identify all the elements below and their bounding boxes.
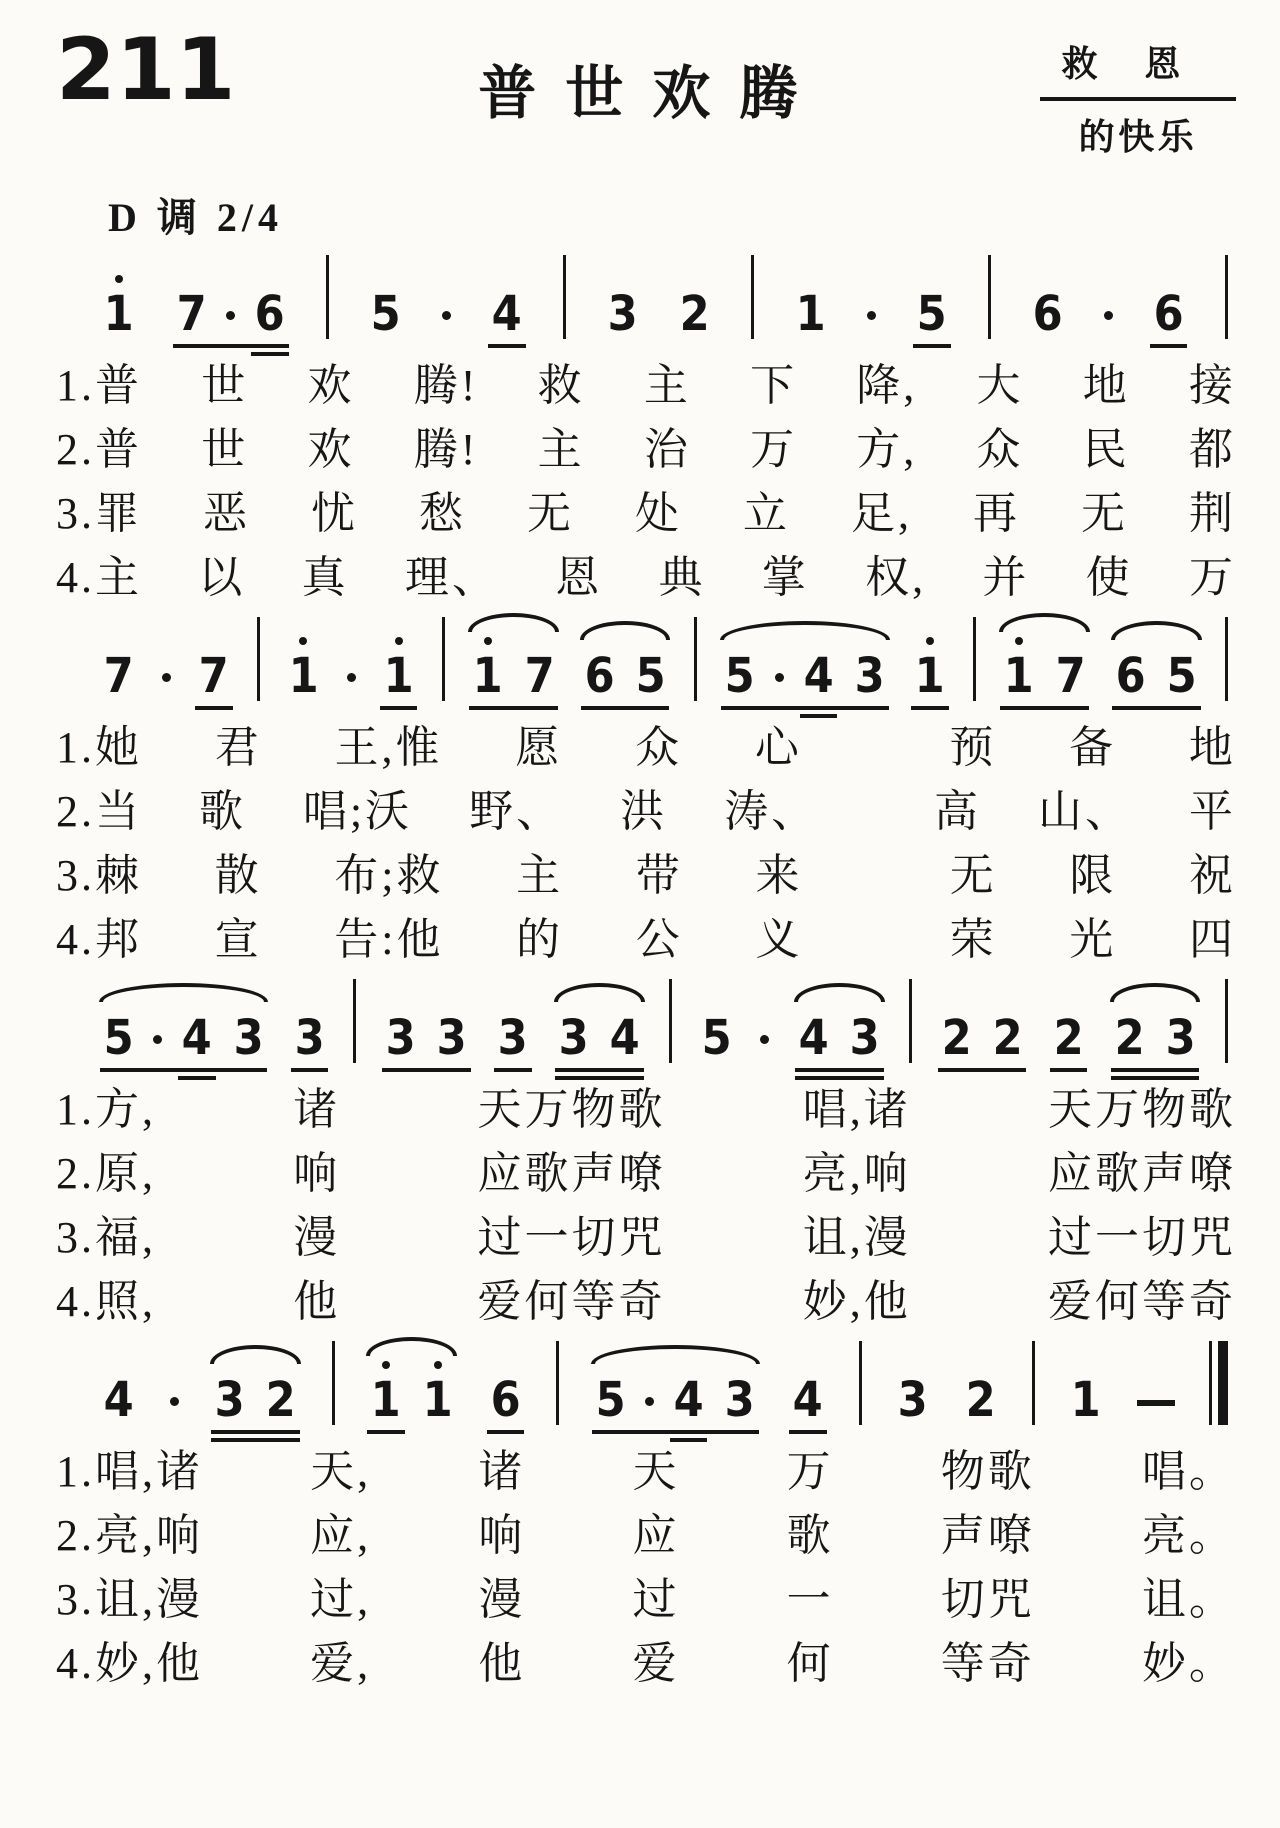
lyric-syllable: 义 — [755, 913, 802, 967]
score: 176543215661.普世欢腾!救主下降,大地接2.普世欢腾!主治万方,众民… — [56, 285, 1236, 1691]
lyric-syllable: 宣 — [215, 913, 262, 967]
note: 1 — [287, 651, 320, 701]
lyric-syllable: 唱;沃 — [303, 785, 412, 839]
lyric-syllable: 降, — [856, 359, 917, 413]
note: 5 — [369, 289, 402, 339]
slur-arc — [210, 1345, 301, 1364]
note: 4 — [791, 1375, 824, 1425]
lyric-syllable: 漫 — [478, 1573, 525, 1627]
slur-arc — [366, 1337, 457, 1356]
note-digit: 2 — [680, 289, 710, 339]
note-group: 543 — [594, 1375, 757, 1425]
music-system-2: 77111765543117651.她君王,惟愿众心预备地2.当歌唱;沃野、洪涛… — [56, 647, 1236, 967]
note: 6 — [489, 1375, 522, 1425]
lyric-syllable: 都 — [1189, 423, 1236, 477]
note-group: 43 — [797, 1013, 882, 1063]
lyric-syllable: 使 — [1086, 551, 1133, 605]
note-digit: 1 — [915, 651, 945, 701]
beam-line — [211, 1438, 300, 1442]
note: 3 — [853, 651, 886, 701]
barline — [1225, 979, 1228, 1063]
category-bottom: 的快乐 — [1040, 101, 1236, 160]
note: 1 — [913, 651, 946, 701]
note-digit: 5 — [104, 1013, 134, 1063]
lyric-syllable: 天 — [632, 1445, 679, 1499]
lyric-syllable: 诅。 — [1142, 1573, 1236, 1627]
note-group: 11 — [369, 1375, 454, 1425]
beam-line — [1111, 1076, 1200, 1080]
note: 3 — [606, 289, 639, 339]
slur-arc — [1111, 621, 1202, 640]
note-group: 32 — [213, 1375, 298, 1425]
note-digit: 5 — [636, 651, 666, 701]
hymn-number: 211 — [56, 30, 236, 112]
underline — [1150, 344, 1187, 348]
lyric-syllable: 2.原, — [56, 1147, 156, 1201]
note-group: 17 — [471, 651, 556, 701]
lyric-syllable: 过 — [632, 1573, 679, 1627]
lyric-syllable: 爱, — [310, 1637, 371, 1691]
note: 7 — [102, 651, 135, 701]
note: 3 — [896, 1375, 929, 1425]
note: 2 — [1113, 1013, 1146, 1063]
note-group: 22 — [940, 1013, 1025, 1063]
lyric-syllable: 腾! — [414, 359, 479, 413]
note: 7 — [1054, 651, 1087, 701]
octave-dot — [434, 1361, 442, 1369]
note-digit: 4 — [182, 1013, 212, 1063]
lyric-syllable: 备 — [1069, 721, 1116, 775]
note: 6 — [253, 289, 286, 339]
underline — [367, 1430, 404, 1434]
note-digit: 2 — [1053, 1013, 1083, 1063]
note-digit: 5 — [1167, 651, 1197, 701]
lyric-syllable: 平 — [1189, 785, 1236, 839]
lyric-syllable: 他 — [293, 1275, 340, 1329]
slur-arc — [999, 613, 1090, 632]
lyric-syllable: 恶 — [203, 487, 250, 541]
lyric-syllable: 亮。 — [1142, 1509, 1236, 1563]
lyric-syllable: 一 — [787, 1573, 834, 1627]
lyric-syllable: 告:他 — [334, 913, 443, 967]
lyric-syllable: 唱,诸 — [803, 1083, 911, 1137]
beam-line — [938, 1068, 1027, 1072]
note-digit: 3 — [850, 1013, 880, 1063]
lyric-syllable: 众 — [977, 423, 1024, 477]
note: 5 — [102, 1013, 135, 1063]
underline — [911, 706, 948, 710]
lyric-syllable: 接 — [1189, 359, 1236, 413]
note: 5 — [1165, 651, 1198, 701]
augmentation-dot — [1104, 311, 1113, 320]
barline — [859, 1341, 862, 1425]
note-digit: 3 — [607, 289, 637, 339]
lyric-line-verse-3: 3.诅,漫过,漫过一切咒诅。 — [56, 1573, 1236, 1627]
lyric-syllable: 过一切咒 — [478, 1211, 666, 1265]
lyric-syllable: 亮,响 — [803, 1147, 911, 1201]
note: 1 — [421, 1375, 454, 1425]
lyric-line-verse-4: 4.照,他爱何等奇妙,他爱何等奇 — [56, 1275, 1236, 1329]
note-digit: 4 — [803, 651, 833, 701]
final-barline-thin — [1209, 1341, 1212, 1425]
note-digit: 5 — [595, 1375, 625, 1425]
key-signature: D 调 2/4 — [108, 186, 1236, 243]
lyric-syllable: 4.照, — [56, 1275, 156, 1329]
note-digit: 3 — [559, 1013, 589, 1063]
note-group: 34 — [557, 1013, 642, 1063]
lyric-line-verse-1: 1.方,诸天万物歌唱,诸天万物歌 — [56, 1083, 1236, 1137]
lyric-syllable: 荆 — [1189, 487, 1236, 541]
final-barline-thick — [1218, 1341, 1228, 1425]
lyric-syllable: 4.妙,他 — [56, 1637, 203, 1691]
note: 5 — [700, 1013, 733, 1063]
lyric-syllable: 过一切咒 — [1048, 1211, 1236, 1265]
lyric-syllable: 应歌声嘹 — [478, 1147, 666, 1201]
lyric-syllable: 何 — [787, 1637, 834, 1691]
lyric-syllable: 忧 — [311, 487, 358, 541]
lyric-line-verse-1: 1.她君王,惟愿众心预备地 — [56, 721, 1236, 775]
lyric-syllable: 再 — [973, 487, 1020, 541]
note-digit: 3 — [498, 1013, 528, 1063]
lyric-syllable: 权, — [865, 551, 926, 605]
note: 2 — [940, 1013, 973, 1063]
note: 6 — [1114, 651, 1147, 701]
lyric-syllable: 4.邦 — [56, 913, 142, 967]
lyric-syllable: 1.普 — [56, 359, 142, 413]
lyric-syllable: 世 — [201, 423, 248, 477]
note: 3 — [293, 1013, 326, 1063]
lyric-syllable: 1.方, — [56, 1083, 156, 1137]
lyric-syllable: 应歌声嘹 — [1048, 1147, 1236, 1201]
note: 4 — [797, 1013, 830, 1063]
category-label: 救恩 的快乐 — [1040, 30, 1236, 160]
lyric-syllable: 欢 — [307, 359, 354, 413]
augmentation-dot — [162, 673, 171, 682]
note-digit: 3 — [437, 1013, 467, 1063]
lyric-syllable: 以 — [198, 551, 245, 605]
notation-line: 17654321566 — [102, 285, 1228, 339]
beam-line — [173, 344, 289, 348]
note-digit: 4 — [674, 1375, 704, 1425]
note: 5 — [915, 289, 948, 339]
lyric-line-verse-2: 2.普世欢腾!主治万方,众民都 — [56, 423, 1236, 477]
lyric-syllable: 世 — [201, 359, 248, 413]
note: 7 — [523, 651, 556, 701]
note: 2 — [678, 289, 711, 339]
lyric-syllable: 足, — [851, 487, 912, 541]
music-system-3: 543333334543222231.方,诸天万物歌唱,诸天万物歌2.原,响应歌… — [56, 1009, 1236, 1329]
lyric-syllable: 无 — [527, 487, 574, 541]
slur-arc — [794, 983, 885, 1002]
lyric-syllable: 天万物歌 — [1048, 1083, 1236, 1137]
lyric-syllable: 2.亮,响 — [56, 1509, 203, 1563]
note-digit: 4 — [104, 1375, 134, 1425]
lyric-syllable: 祝 — [1189, 849, 1236, 903]
augmentation-dot — [153, 1035, 162, 1044]
underline — [488, 344, 525, 348]
barline — [669, 979, 672, 1063]
note: 4 — [102, 1375, 135, 1425]
lyric-syllable: 唱。 — [1142, 1445, 1236, 1499]
lyric-syllable: 真 — [302, 551, 349, 605]
lyric-syllable: 天万物歌 — [478, 1083, 666, 1137]
lyric-syllable: 洪 — [620, 785, 667, 839]
lyric-syllable: 天, — [310, 1445, 371, 1499]
lyric-syllable: 爱何等奇 — [1048, 1275, 1236, 1329]
lyric-syllable: 山、 — [1038, 785, 1132, 839]
lyric-syllable: 愁 — [419, 487, 466, 541]
beam-line — [382, 1068, 471, 1072]
barline — [332, 1341, 335, 1425]
beam-line — [1111, 1068, 1200, 1072]
beam-line — [1112, 706, 1201, 710]
note-digit: 5 — [370, 289, 400, 339]
lyric-syllable: 应, — [310, 1509, 371, 1563]
underline — [487, 1430, 524, 1434]
barline — [751, 255, 754, 339]
lyric-syllable: 来 — [755, 849, 802, 903]
barline — [988, 255, 991, 339]
note: 6 — [1152, 289, 1185, 339]
note-digit: 2 — [1114, 1013, 1144, 1063]
underline — [291, 1068, 328, 1072]
note: 7 — [175, 289, 208, 339]
lyric-line-verse-2: 2.当歌唱;沃野、洪涛、高山、平 — [56, 785, 1236, 839]
note-digit: 3 — [386, 1013, 416, 1063]
note-digit: 3 — [294, 1013, 324, 1063]
lyric-syllable: 大 — [977, 359, 1024, 413]
underline — [913, 344, 950, 348]
note: 1 — [471, 651, 504, 701]
lyric-syllable: 等奇 — [941, 1637, 1035, 1691]
lyric-syllable: 2.普 — [56, 423, 142, 477]
underline — [380, 706, 417, 710]
slur-arc — [554, 983, 645, 1002]
note-group: 76 — [175, 289, 287, 339]
beam-line — [795, 1076, 884, 1080]
lyric-syllable: 万 — [750, 423, 797, 477]
augmentation-dot — [442, 311, 451, 320]
lyric-syllable: 心 — [755, 721, 802, 775]
note: 3 — [384, 1013, 417, 1063]
augmentation-dot — [226, 311, 235, 320]
lyric-syllable: 布;救 — [334, 849, 443, 903]
hymn-title: 普世欢腾 — [236, 30, 1040, 130]
note-digit: 1 — [1071, 1375, 1101, 1425]
note: 5 — [594, 1375, 627, 1425]
augmentation-dot — [760, 1035, 769, 1044]
lyric-syllable: 地 — [1083, 359, 1130, 413]
lyric-syllable: 3.棘 — [56, 849, 142, 903]
lyric-syllable: 限 — [1069, 849, 1116, 903]
category-top: 救恩 — [1040, 36, 1236, 101]
lyric-syllable: 典 — [658, 551, 705, 605]
slur-arc — [591, 1345, 760, 1364]
note: 4 — [802, 651, 835, 701]
beam-line — [555, 1076, 644, 1080]
lyric-line-verse-2: 2.亮,响应,响应歌声嘹亮。 — [56, 1509, 1236, 1563]
note: 1 — [102, 289, 135, 339]
lyric-syllable: 3.福, — [56, 1211, 156, 1265]
lyric-line-verse-4: 4.邦宣告:他的公义荣光四 — [56, 913, 1236, 967]
underline — [178, 1076, 215, 1080]
note-digit: 3 — [233, 1013, 263, 1063]
slur-arc — [720, 621, 889, 640]
lyric-syllable: 2.当 — [56, 785, 142, 839]
augmentation-dot — [170, 1397, 179, 1406]
lyric-syllable: 四 — [1189, 913, 1236, 967]
lyric-syllable: 掌 — [762, 551, 809, 605]
augmentation-dot — [645, 1397, 654, 1406]
barline — [1032, 1341, 1035, 1425]
note-digit: 2 — [266, 1375, 296, 1425]
lyric-syllable: 响 — [478, 1509, 525, 1563]
note: 3 — [1164, 1013, 1197, 1063]
slur-arc — [99, 983, 268, 1002]
note-digit: 3 — [1166, 1013, 1196, 1063]
lyric-syllable: 光 — [1069, 913, 1116, 967]
note: 3 — [232, 1013, 265, 1063]
note-digit: 1 — [473, 651, 503, 701]
slur-arc — [1110, 983, 1201, 1002]
note-digit: 7 — [177, 289, 207, 339]
note-digit: 3 — [855, 651, 885, 701]
barline — [353, 979, 356, 1063]
octave-dot — [115, 275, 123, 283]
lyric-syllable: 荣 — [950, 913, 997, 967]
beam-line — [469, 706, 558, 710]
lyric-syllable: 带 — [636, 849, 683, 903]
half-note-dash — [1137, 1400, 1175, 1406]
note-digit: 1 — [371, 1375, 401, 1425]
lyric-syllable: 众 — [635, 721, 682, 775]
note-digit: 6 — [255, 289, 285, 339]
barline — [1225, 255, 1228, 339]
underline — [1050, 1068, 1087, 1072]
lyric-syllable: 主 — [644, 359, 691, 413]
note-digit: 4 — [610, 1013, 640, 1063]
barline — [1225, 617, 1228, 701]
music-system-4: 43211654343211.唱,诸天,诸天万物歌唱。2.亮,响应,响应歌声嘹亮… — [56, 1371, 1236, 1691]
lyric-syllable: 的 — [516, 913, 563, 967]
note-digit: 1 — [384, 651, 414, 701]
octave-dot — [926, 637, 934, 645]
notation-line: 7711176554311765 — [102, 647, 1228, 701]
lyric-syllable: 诅,漫 — [803, 1211, 911, 1265]
header: 211 普世欢腾 救恩 的快乐 — [56, 30, 1236, 160]
lyric-syllable: 治 — [644, 423, 691, 477]
underline — [800, 714, 837, 718]
note-digit: 1 — [104, 289, 134, 339]
note: 3 — [213, 1375, 246, 1425]
lyric-syllable: 诸 — [293, 1083, 340, 1137]
note: 5 — [723, 651, 756, 701]
barline — [442, 617, 445, 701]
lyric-syllable: 主 — [538, 423, 585, 477]
note-group: 543 — [102, 1013, 265, 1063]
note: 3 — [848, 1013, 881, 1063]
slur-arc — [468, 613, 559, 632]
lyric-syllable: 主 — [516, 849, 563, 903]
beam-line — [100, 1068, 267, 1072]
note-digit: 5 — [701, 1013, 731, 1063]
barline — [257, 617, 260, 701]
note-digit: 2 — [966, 1375, 996, 1425]
lyric-syllable: 响 — [293, 1147, 340, 1201]
lyric-syllable: 3.罪 — [56, 487, 142, 541]
lyric-syllable: 声嘹 — [941, 1509, 1035, 1563]
note-digit: 7 — [1056, 651, 1086, 701]
lyric-syllable: 涛、 — [724, 785, 818, 839]
underline — [789, 1430, 826, 1434]
note-digit: 6 — [490, 1375, 520, 1425]
lyric-syllable: 方, — [856, 423, 917, 477]
note: 3 — [496, 1013, 529, 1063]
lyric-syllable: 应 — [632, 1509, 679, 1563]
final-barline — [1209, 1341, 1228, 1425]
lyric-syllable: 妙,他 — [803, 1275, 911, 1329]
lyric-syllable: 欢 — [307, 423, 354, 477]
underline — [670, 1438, 707, 1442]
beam-line — [592, 1430, 759, 1434]
hymn-sheet-page: 211 普世欢腾 救恩 的快乐 D 调 2/4 176543215661.普世欢… — [0, 0, 1280, 1828]
barline — [694, 617, 697, 701]
beam-line — [211, 1430, 300, 1434]
lyric-syllable: 歌 — [199, 785, 246, 839]
lyric-line-verse-1: 1.唱,诸天,诸天万物歌唱。 — [56, 1445, 1236, 1499]
octave-dot — [299, 637, 307, 645]
note-digit: 7 — [104, 651, 134, 701]
note-group: 65 — [583, 651, 668, 701]
lyric-syllable: 地 — [1189, 721, 1236, 775]
lyric-syllable: 物歌 — [941, 1445, 1035, 1499]
lyric-syllable: 妙。 — [1142, 1637, 1236, 1691]
lyric-syllable: 处 — [635, 487, 682, 541]
lyric-syllable: 3.诅,漫 — [56, 1573, 203, 1627]
lyric-syllable: 下 — [750, 359, 797, 413]
beam-line — [581, 706, 670, 710]
music-system-1: 176543215661.普世欢腾!救主下降,大地接2.普世欢腾!主治万方,众民… — [56, 285, 1236, 605]
note: 3 — [723, 1375, 756, 1425]
lyric-syllable: 爱何等奇 — [478, 1275, 666, 1329]
note: 4 — [180, 1013, 213, 1063]
lyric-syllable: 立 — [743, 487, 790, 541]
note-digit: 1 — [423, 1375, 453, 1425]
lyric-syllable: 愿 — [515, 721, 562, 775]
note: 1 — [1002, 651, 1035, 701]
augmentation-dot — [347, 673, 356, 682]
lyric-syllable: 诸 — [478, 1445, 525, 1499]
lyric-line-verse-3: 3.福,漫过一切咒诅,漫过一切咒 — [56, 1211, 1236, 1265]
note-group: 65 — [1114, 651, 1199, 701]
note: 4 — [672, 1375, 705, 1425]
note-digit: 7 — [524, 651, 554, 701]
lyric-syllable: 无 — [950, 849, 997, 903]
barline — [326, 255, 329, 339]
lyric-syllable: 歌 — [787, 1509, 834, 1563]
slur-arc — [580, 621, 671, 640]
note: 4 — [608, 1013, 641, 1063]
lyric-syllable: 漫 — [293, 1211, 340, 1265]
note: 1 — [369, 1375, 402, 1425]
beam-line — [1000, 706, 1089, 710]
lyric-syllable: 他 — [478, 1637, 525, 1691]
note-digit: 3 — [215, 1375, 245, 1425]
lyric-syllable: 君 — [215, 721, 262, 775]
note-group: 543 — [723, 651, 886, 701]
notation-line: 4321165434321 — [102, 1371, 1228, 1425]
note-digit: 4 — [793, 1375, 823, 1425]
